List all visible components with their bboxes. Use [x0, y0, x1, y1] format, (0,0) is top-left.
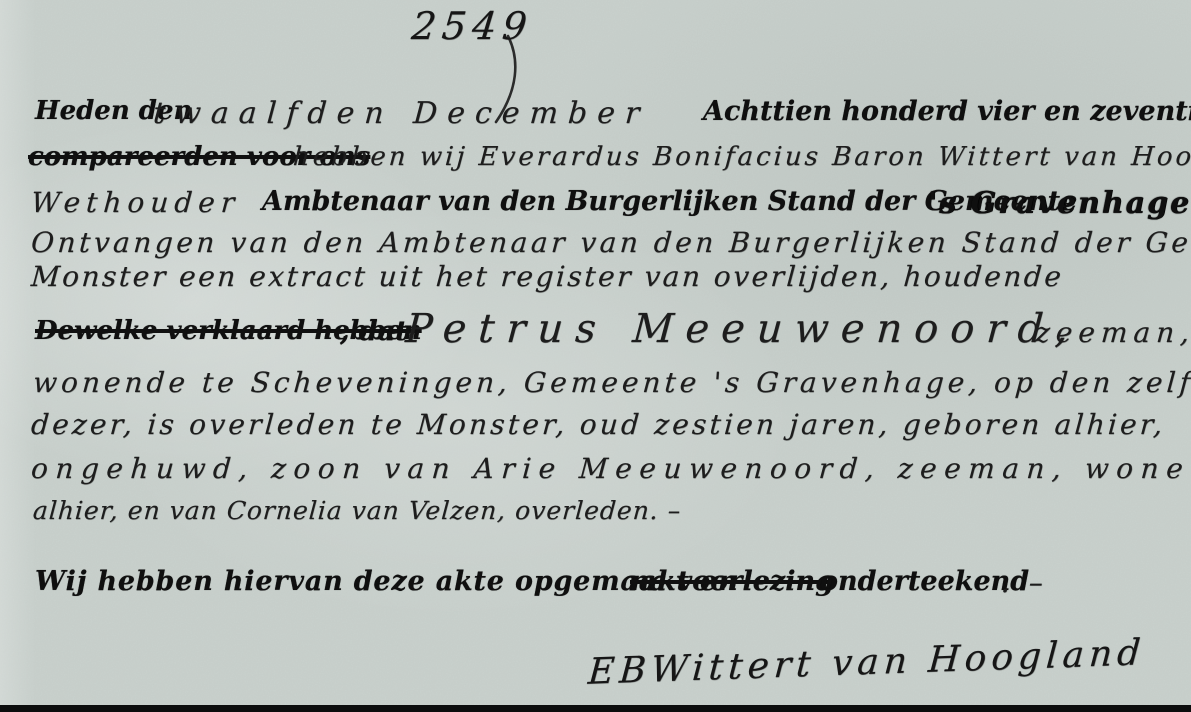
- line-death-details: dezer, is overleden te Monster, oud zest…: [0, 408, 1191, 454]
- handwritten-deceased-name: Petrus Meeuwenoord,: [404, 306, 1082, 352]
- printed-onderteekend-label: onderteekend: [820, 566, 1029, 597]
- printed-year-label: Achttien honderd vier en zeventig ,: [703, 96, 1191, 127]
- death-certificate-scan: 2549 Heden den twaalfden December Achtti…: [0, 0, 1191, 712]
- handwritten-residence-line: wonende te Scheveningen, Gemeente 's Gra…: [32, 366, 1191, 399]
- line-mother: alhier, en van Cornelia van Velzen, over…: [0, 496, 1191, 542]
- line-extract: Monster een extract uit het register van…: [0, 260, 1191, 306]
- registrar-signature: EBWittert van Hoogland: [587, 632, 1147, 693]
- handwritten-wethouder: Wethouder: [30, 186, 241, 219]
- handwritten-registrar-name: hebben wij Everardus Bonifacius Baron Wi…: [292, 142, 1191, 172]
- handwritten-occupation: zeeman,: [1034, 316, 1191, 349]
- act-number: 2549: [410, 4, 535, 48]
- printed-gravenhage-label: 's Gravenhage ,: [928, 186, 1191, 221]
- line-registrar: compareerden voor ons hebben wij Everard…: [0, 142, 1191, 188]
- handwritten-closing-dashes: . –: [1000, 566, 1049, 599]
- handwritten-date: twaalfden December: [152, 96, 651, 131]
- line-opening: Heden den twaalfden December Achttien ho…: [0, 96, 1191, 142]
- line-closing: Wij hebben hiervan deze akte opgemaakt e…: [0, 566, 1191, 612]
- handwritten-monster-line: Monster een extract uit het register van…: [30, 260, 1065, 293]
- printed-dat-label: , dat: [340, 316, 408, 347]
- handwritten-mother-line: alhier, en van Cornelia van Velzen, over…: [32, 496, 682, 525]
- line-deceased: Dewelke verklaard hebben , dat Petrus Me…: [0, 316, 1191, 372]
- handwritten-death-line: dezer, is overleden te Monster, oud zest…: [30, 408, 1167, 441]
- struck-voorlezing-label: na voorlezing: [630, 566, 834, 597]
- scan-edge: [0, 705, 1191, 712]
- handwritten-parent-line: ongehuwd, zoon van Arie Meeuwenoord, zee…: [30, 452, 1191, 485]
- line-residence: wonende te Scheveningen, Gemeente 's Gra…: [0, 366, 1191, 412]
- handwritten-ontvangen-line: Ontvangen van den Ambtenaar van den Burg…: [30, 226, 1191, 259]
- line-father: ongehuwd, zoon van Arie Meeuwenoord, zee…: [0, 452, 1191, 498]
